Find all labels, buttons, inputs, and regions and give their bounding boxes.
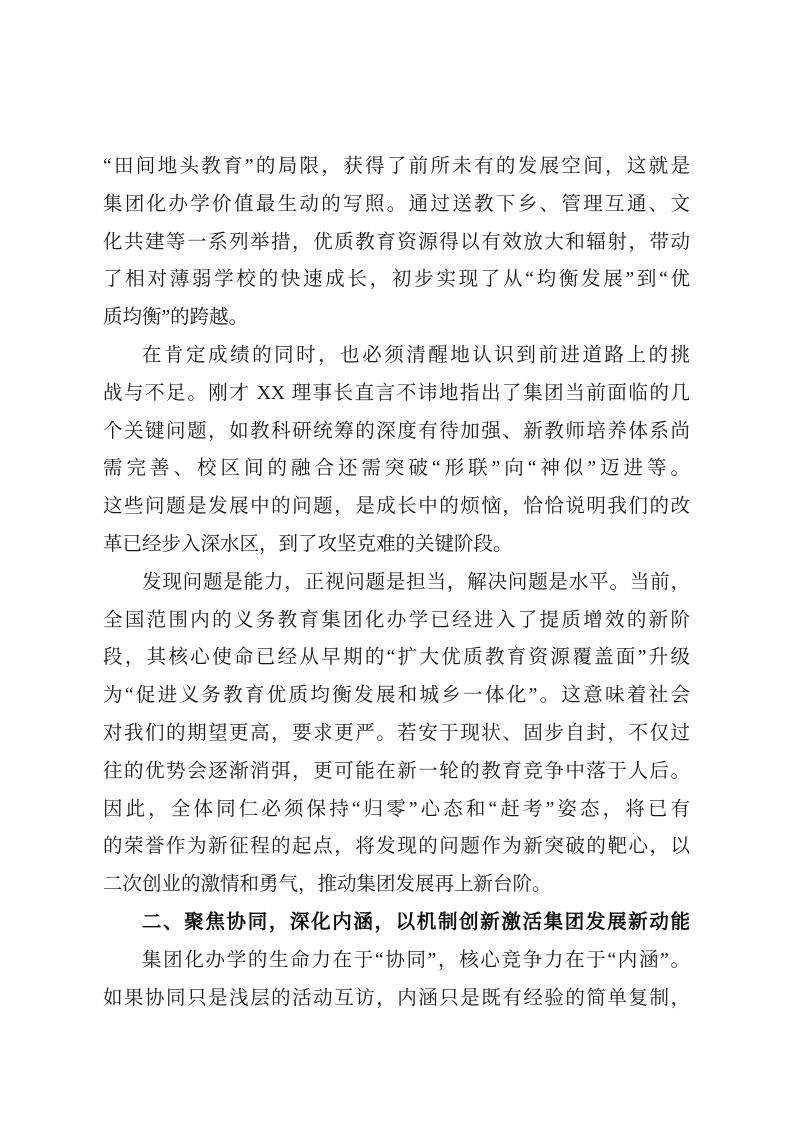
- paragraph: 在肯定成绩的同时，也必须清醒地认识到前进道路上的挑 战与不足。刚才 XX 理事长…: [103, 337, 690, 564]
- text-line: 在肯定成绩的同时，也必须清醒地认识到前进道路上的挑: [103, 337, 690, 375]
- text-line: “田间地头教育”的局限，获得了前所未有的发展空间，这就是: [103, 148, 690, 186]
- text-line: 如果协同只是浅层的活动互访，内涵只是既有经验的简单复制，: [103, 980, 690, 1018]
- text-line: 段，其核心使命已经从早期的“扩大优质教育资源覆盖面”升级: [103, 639, 690, 677]
- document-page: “田间地头教育”的局限，获得了前所未有的发展空间，这就是 集团化办学价值最生动的…: [0, 0, 793, 1122]
- paragraph: “田间地头教育”的局限，获得了前所未有的发展空间，这就是 集团化办学价值最生动的…: [103, 148, 690, 337]
- text-line: 对我们的期望更高，要求更严。若安于现状、固步自封，不仅过: [103, 715, 690, 753]
- text-line: 全国范围内的义务教育集团化办学已经进入了提质增效的新阶: [103, 602, 690, 640]
- text-line: 需完善、校区间的融合还需突破“形联”向“神似”迈进等。: [103, 450, 690, 488]
- text-line: 集团化办学价值最生动的写照。通过送教下乡、管理互通、文: [103, 186, 690, 224]
- text-line: 了相对薄弱学校的快速成长，初步实现了从“均衡发展”到“优: [103, 261, 690, 299]
- text-line: 发现问题是能力，正视问题是担当，解决问题是水平。当前，: [103, 564, 690, 602]
- section-heading: 二、聚焦协同，深化内涵，以机制创新激活集团发展新动能: [103, 904, 690, 942]
- section-heading-paragraph: 二、聚焦协同，深化内涵，以机制创新激活集团发展新动能: [103, 904, 690, 942]
- document-body: “田间地头教育”的局限，获得了前所未有的发展空间，这就是 集团化办学价值最生动的…: [103, 148, 690, 1017]
- text-line: 因此，全体同仁必须保持“归零”心态和“赶考”姿态，将已有: [103, 791, 690, 829]
- text-line: 集团化办学的生命力在于“协同”，核心竞争力在于“内涵”。: [103, 942, 690, 980]
- text-line: 为“促进义务教育优质均衡发展和城乡一体化”。这意味着社会: [103, 677, 690, 715]
- paragraph: 集团化办学的生命力在于“协同”，核心竞争力在于“内涵”。 如果协同只是浅层的活动…: [103, 942, 690, 1018]
- paragraph: 发现问题是能力，正视问题是担当，解决问题是水平。当前， 全国范围内的义务教育集团…: [103, 564, 690, 904]
- text-line: 的荣誉作为新征程的起点，将发现的问题作为新突破的靶心，以: [103, 828, 690, 866]
- text-line: 个关键问题，如教科研统筹的深度有待加强、新教师培养体系尚: [103, 413, 690, 451]
- text-line: 二次创业的激情和勇气，推动集团发展再上新台阶。: [103, 866, 690, 904]
- text-line: 往的优势会逐渐消弭，更可能在新一轮的教育竞争中落于人后。: [103, 753, 690, 791]
- text-line: 革已经步入深水区，到了攻坚克难的关键阶段。: [103, 526, 690, 564]
- text-line: 战与不足。刚才 XX 理事长直言不讳地指出了集团当前面临的几: [103, 375, 690, 413]
- text-line: 化共建等一系列举措，优质教育资源得以有效放大和辐射，带动: [103, 224, 690, 262]
- text-line: 这些问题是发展中的问题，是成长中的烦恼，恰恰说明我们的改: [103, 488, 690, 526]
- text-line: 质均衡”的跨越。: [103, 299, 690, 337]
